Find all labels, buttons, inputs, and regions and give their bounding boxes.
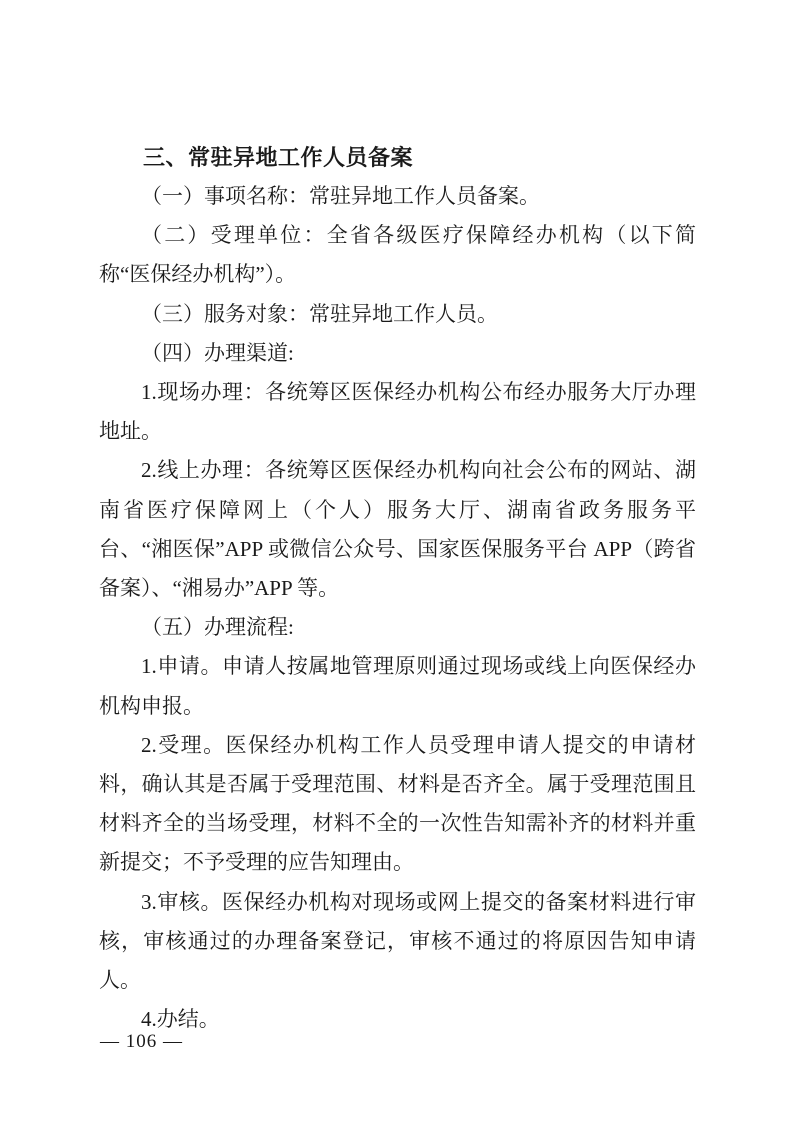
paragraph-online-channel: 2.线上办理：各统筹区医保经办机构向社会公布的网站、湖南省医疗保障网上（个人）服…: [99, 451, 696, 608]
paragraph-step-apply: 1.申请。申请人按属地管理原则通过现场或线上向医保经办机构申报。: [99, 647, 696, 725]
paragraph-step-review: 3.审核。医保经办机构对现场或网上提交的备案材料进行审核，审核通过的办理备案登记…: [99, 883, 696, 1001]
document-page: 三、常驻异地工作人员备案 （一）事项名称：常驻异地工作人员备案。 （二）受理单位…: [0, 0, 793, 1122]
section-heading: 三、常驻异地工作人员备案: [99, 138, 696, 177]
page-number: — 106 —: [100, 1031, 183, 1053]
paragraph-accepting-unit: （二）受理单位：全省各级医疗保障经办机构（以下简称“医保经办机构”）。: [99, 216, 696, 294]
paragraph-service-target: （三）服务对象：常驻异地工作人员。: [99, 295, 696, 334]
paragraph-channels-label: （四）办理渠道:: [99, 334, 696, 373]
paragraph-process-label: （五）办理流程:: [99, 608, 696, 647]
paragraph-step-accept: 2.受理。医保经办机构工作人员受理申请人提交的申请材料，确认其是否属于受理范围、…: [99, 726, 696, 883]
paragraph-step-complete: 4.办结。: [99, 1000, 696, 1039]
document-body: 三、常驻异地工作人员备案 （一）事项名称：常驻异地工作人员备案。 （二）受理单位…: [99, 138, 696, 1039]
paragraph-item-name: （一）事项名称：常驻异地工作人员备案。: [99, 177, 696, 216]
paragraph-onsite-channel: 1.现场办理：各统筹区医保经办机构公布经办服务大厅办理地址。: [99, 373, 696, 451]
